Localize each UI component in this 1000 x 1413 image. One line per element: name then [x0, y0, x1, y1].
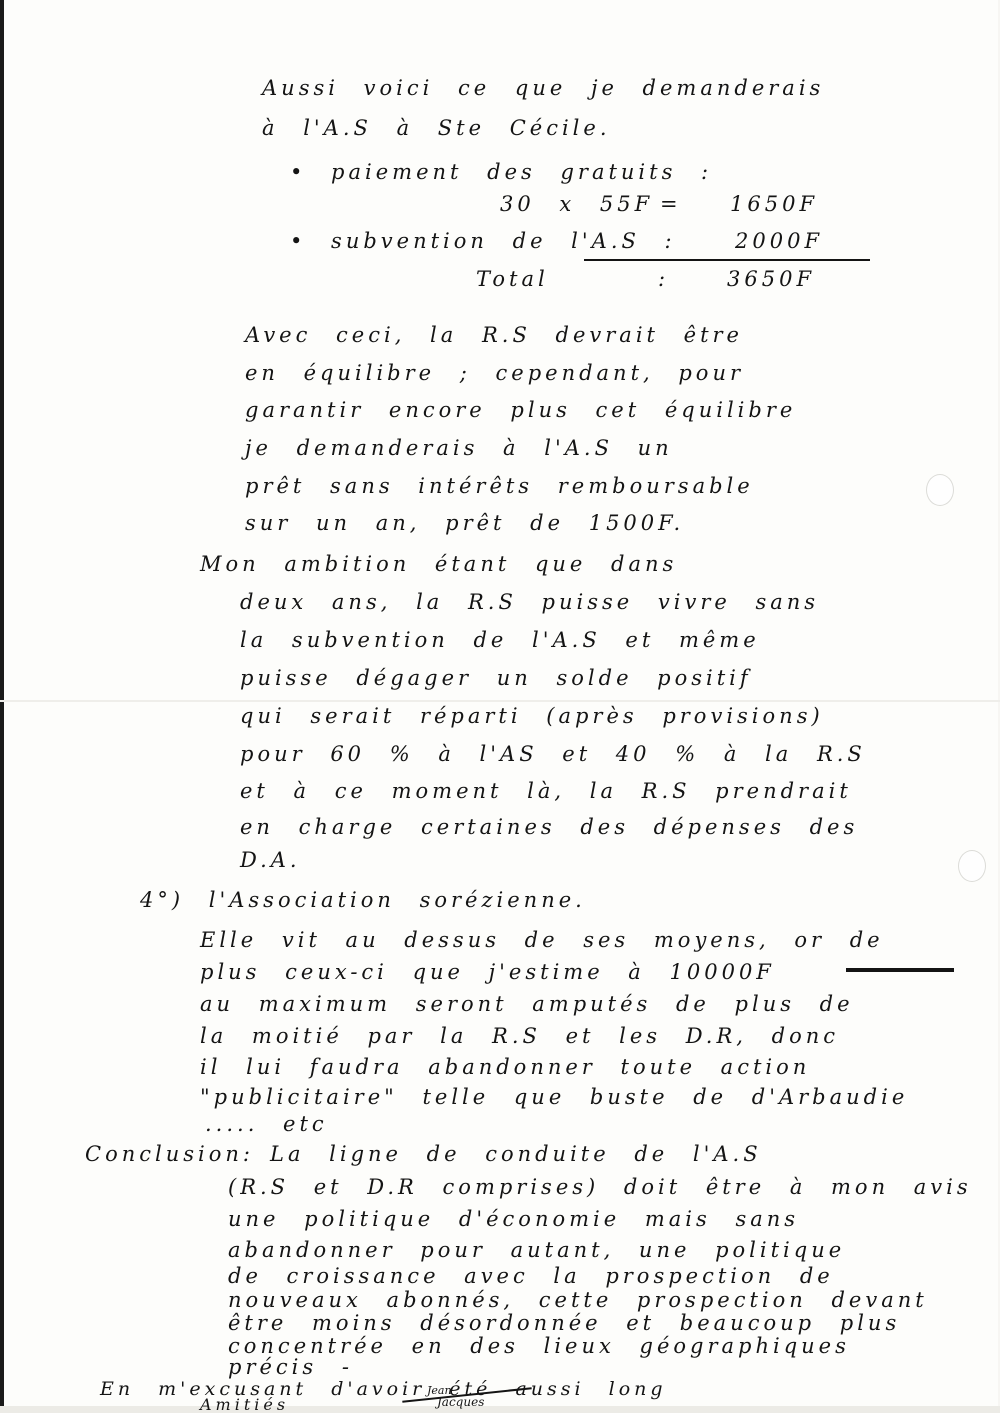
text-line: de croissance avec la prospection de	[228, 1264, 834, 1288]
budget-value: 2000F	[735, 229, 823, 253]
total-colon: :	[658, 267, 669, 291]
section-heading: 4°) l'Association sorézienne.	[140, 888, 586, 912]
text-line: sur un an, prêt de 1500F.	[245, 511, 684, 535]
text-line: Avec ceci, la R.S devrait être	[245, 323, 743, 347]
text-line: il lui faudra abandonner toute action	[200, 1055, 810, 1079]
text-line: "publicitaire" telle que buste de d'Arba…	[200, 1085, 908, 1109]
text-line: et à ce moment là, la R.S prendrait	[240, 779, 852, 803]
salutation: Amitiés	[200, 1395, 289, 1413]
signature: Jean Jacques	[407, 1386, 484, 1408]
budget-equals: =	[660, 192, 682, 216]
text-line: qui serait réparti (après provisions)	[240, 704, 824, 728]
text-line: garantir encore plus cet équilibre	[245, 398, 796, 422]
scan-bottom-edge	[0, 1406, 1000, 1413]
total-value: 3650F	[727, 267, 815, 291]
text-line: prêt sans intérêts remboursable	[245, 474, 754, 498]
hole-punch-mark	[926, 474, 954, 506]
intro-line: Aussi voici ce que je demanderais	[262, 76, 824, 100]
budget-calc: 30 x 55F	[500, 192, 653, 216]
text-line: la moitié par la R.S et les D.R, donc	[200, 1024, 839, 1048]
intro-line: à l'A.S à Ste Cécile.	[262, 116, 611, 140]
scribbled-out-word	[846, 968, 954, 972]
text-line: ..... etc	[205, 1112, 328, 1136]
text-line: (R.S et D.R comprises) doit être à mon a…	[228, 1175, 972, 1199]
text-line: être moins désordonnée et beaucoup plus	[228, 1311, 900, 1335]
text-line: je demanderais à l'A.S un	[245, 436, 673, 460]
text-line: une politique d'économie mais sans	[228, 1207, 799, 1231]
text-line: pour 60 % à l'AS et 40 % à la R.S	[240, 742, 866, 766]
total-underline	[584, 259, 870, 261]
text-line: deux ans, la R.S puisse vivre sans	[240, 590, 819, 614]
budget-value: 1650F	[730, 192, 818, 216]
text-line: Elle vit au dessus de ses moyens, or de	[200, 928, 884, 952]
text-line: nouveaux abonnés, cette prospection deva…	[228, 1288, 928, 1312]
conclusion-label: Conclusion:	[85, 1142, 254, 1166]
text-line: en charge certaines des dépenses des	[240, 815, 858, 839]
total-label: Total	[476, 267, 549, 291]
budget-item-label: • paiement des gratuits :	[290, 160, 712, 184]
closing-line: En m'excusant d'avoir été aussi long	[100, 1378, 667, 1400]
text-line: la subvention de l'A.S et même	[240, 628, 760, 652]
paper-fold-line	[0, 700, 1000, 702]
text-line: La ligne de conduite de l'A.S	[270, 1142, 762, 1166]
text-line: puisse dégager un solde positif	[240, 666, 752, 690]
text-line: en équilibre ; cependant, pour	[245, 361, 744, 385]
hole-punch-mark	[958, 850, 986, 882]
text-line: abandonner pour autant, une politique	[228, 1238, 845, 1262]
text-line: au maximum seront amputés de plus de	[200, 992, 854, 1016]
budget-item-label: • subvention de l'A.S :	[290, 229, 676, 253]
text-line: Mon ambition étant que dans	[200, 552, 677, 576]
text-line: D.A.	[240, 848, 301, 872]
text-line: précis -	[228, 1355, 353, 1379]
text-line: plus ceux-ci que j'estime à 10000F	[200, 960, 775, 984]
